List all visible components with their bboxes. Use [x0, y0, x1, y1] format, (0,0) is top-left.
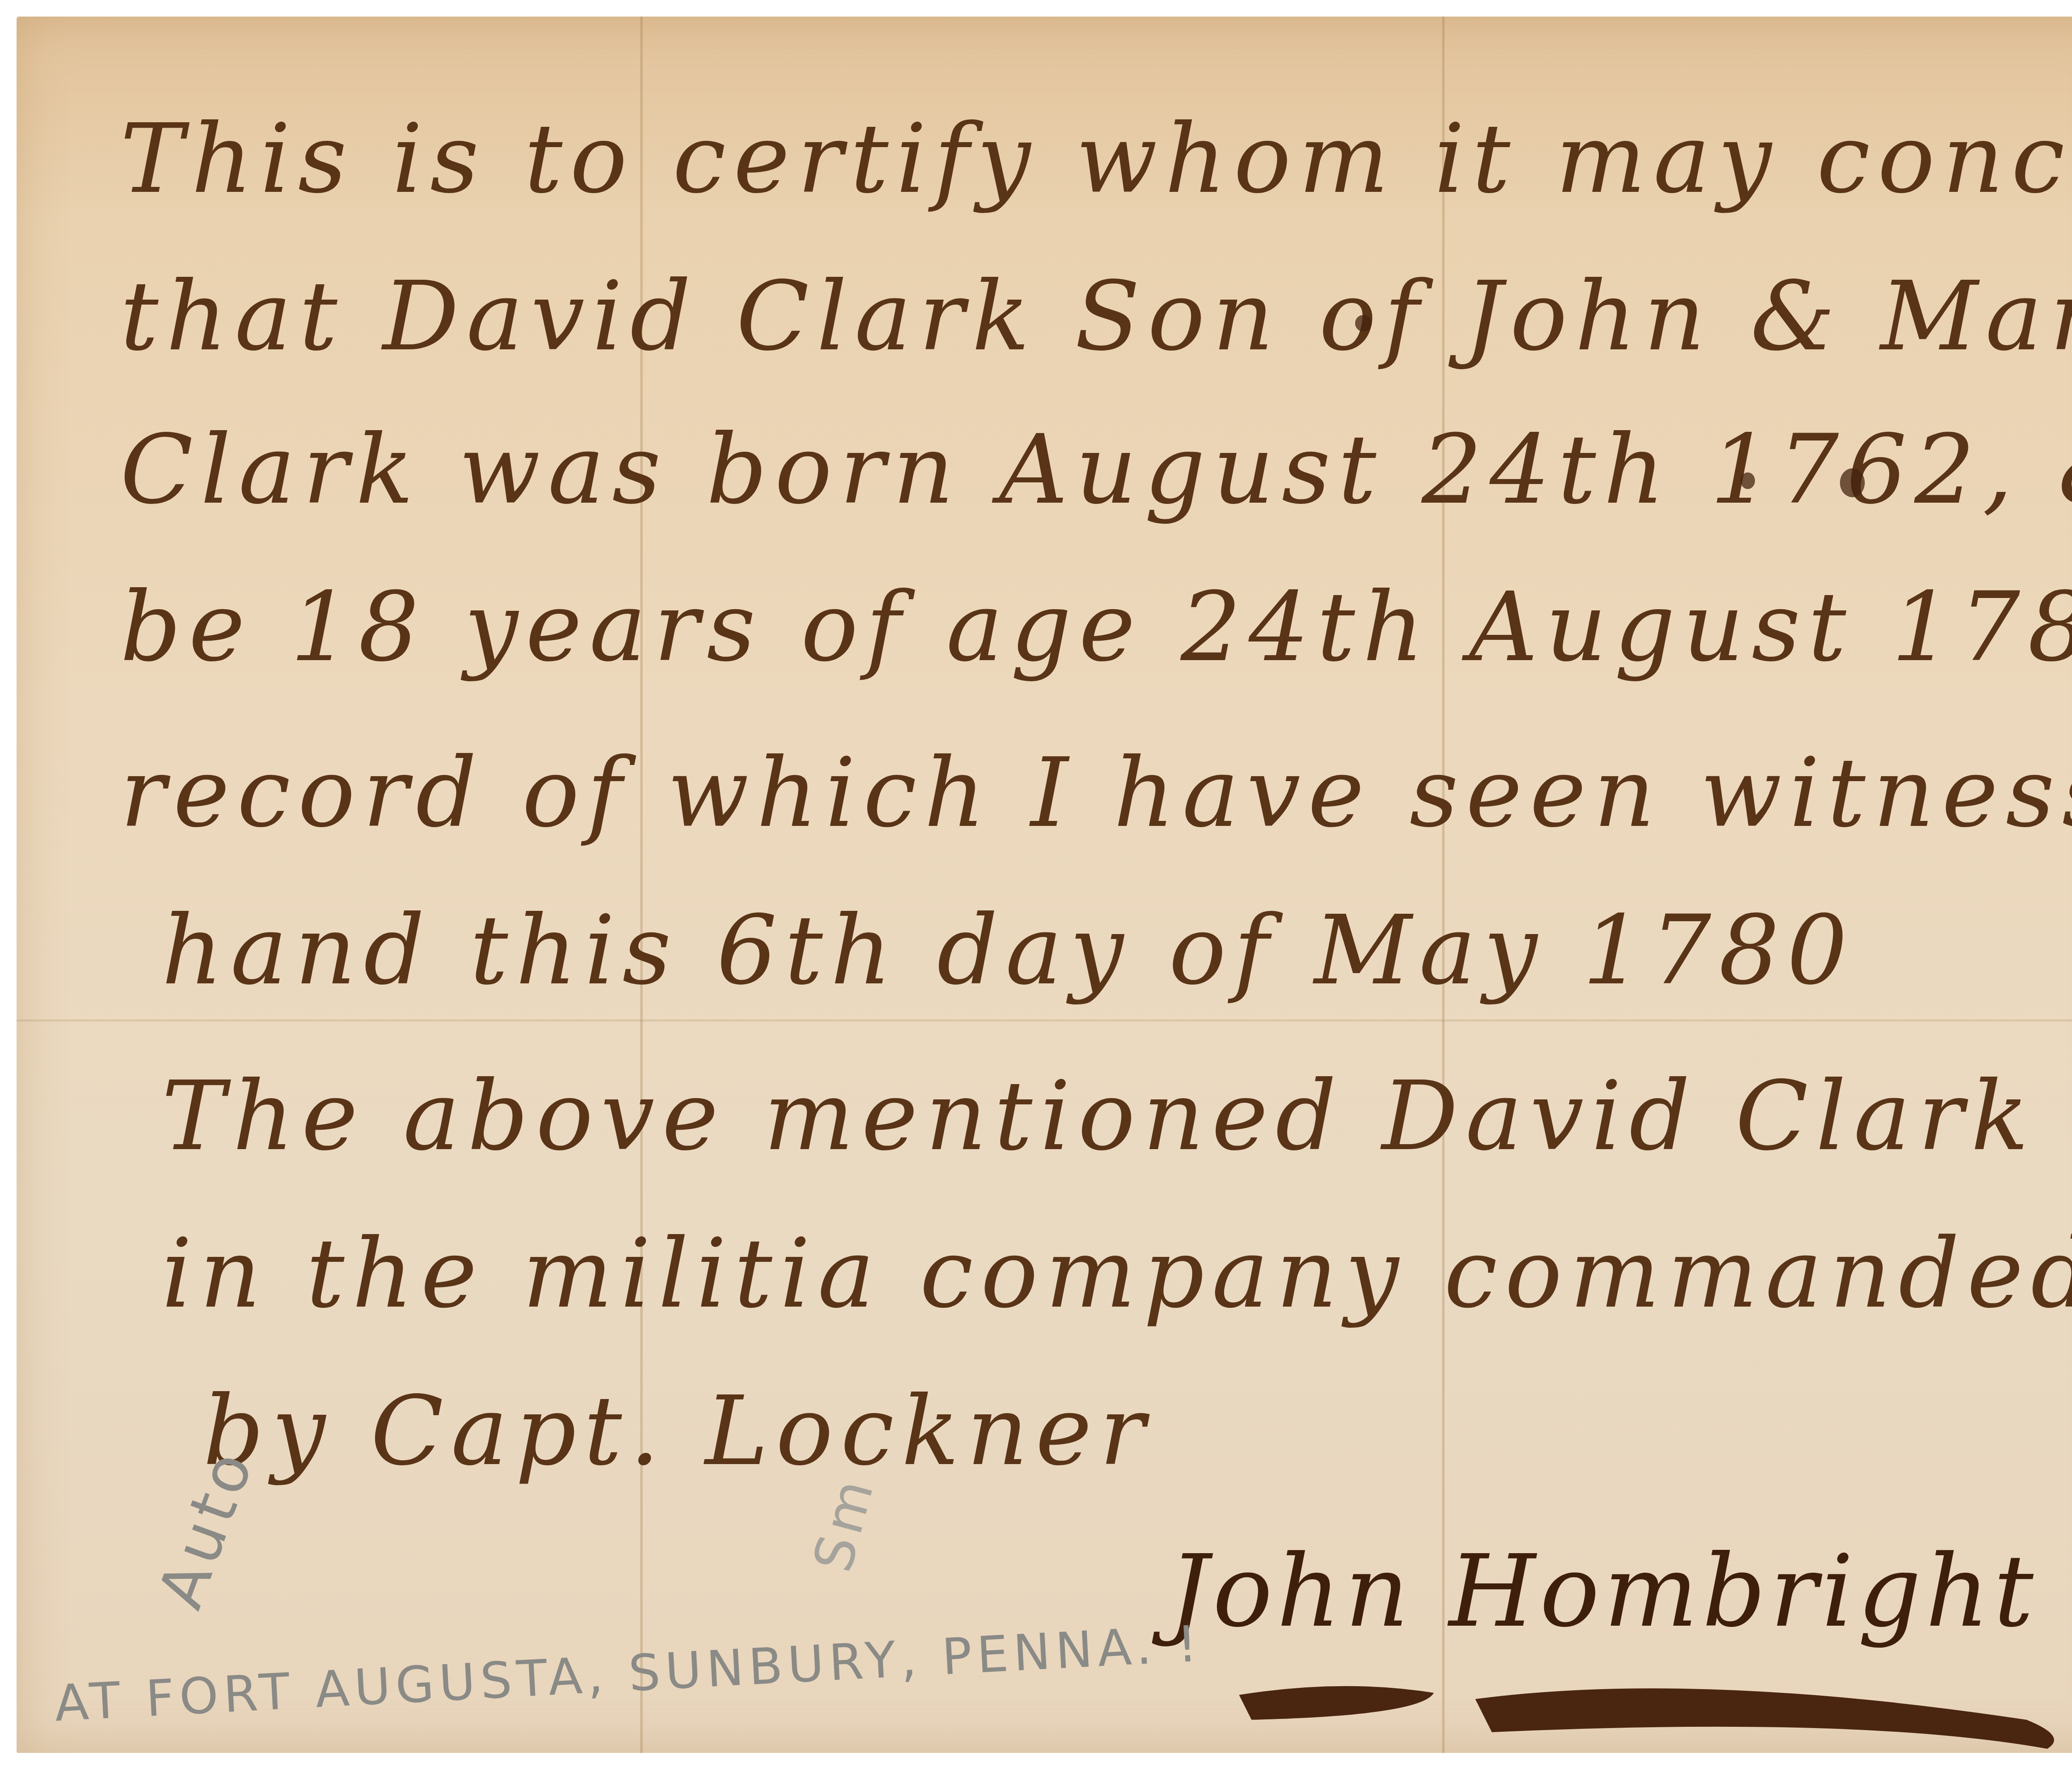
text-line: hand this 6th day of May 1780: [162, 903, 2072, 999]
text-line: The above mentioned David Clark is: [162, 1069, 2072, 1164]
signature: John Hombright: [1169, 1533, 2038, 1649]
ink-blot: [1740, 472, 1755, 489]
ink-blot: [1355, 315, 1372, 332]
text-line: Clark was born August 24th 1762, & will: [120, 423, 2072, 518]
pencil-note-margin: Auto: [145, 1438, 269, 1617]
text-line: This is to certify whom it may concern: [120, 112, 2072, 207]
text-line: that David Clark Son of John & Martha: [120, 269, 2072, 365]
text-line: by Capt. Lockner: [203, 1384, 2072, 1479]
fold-line: [17, 1019, 2072, 1021]
pencil-note-location: AT FORT AUGUSTA, SUNBURY, PENNA. !: [53, 1615, 1203, 1733]
text-line: in the militia company commanded: [162, 1227, 2072, 1322]
ink-blot: [1840, 468, 1865, 497]
text-line: record of which I have seen witness my: [120, 746, 2072, 841]
document-sheet: This is to certify whom it may concern t…: [17, 17, 2072, 1753]
text-line: be 18 years of age 24th August 1780 - a: [120, 580, 2072, 675]
signature-flourish: [1239, 1670, 2072, 1753]
